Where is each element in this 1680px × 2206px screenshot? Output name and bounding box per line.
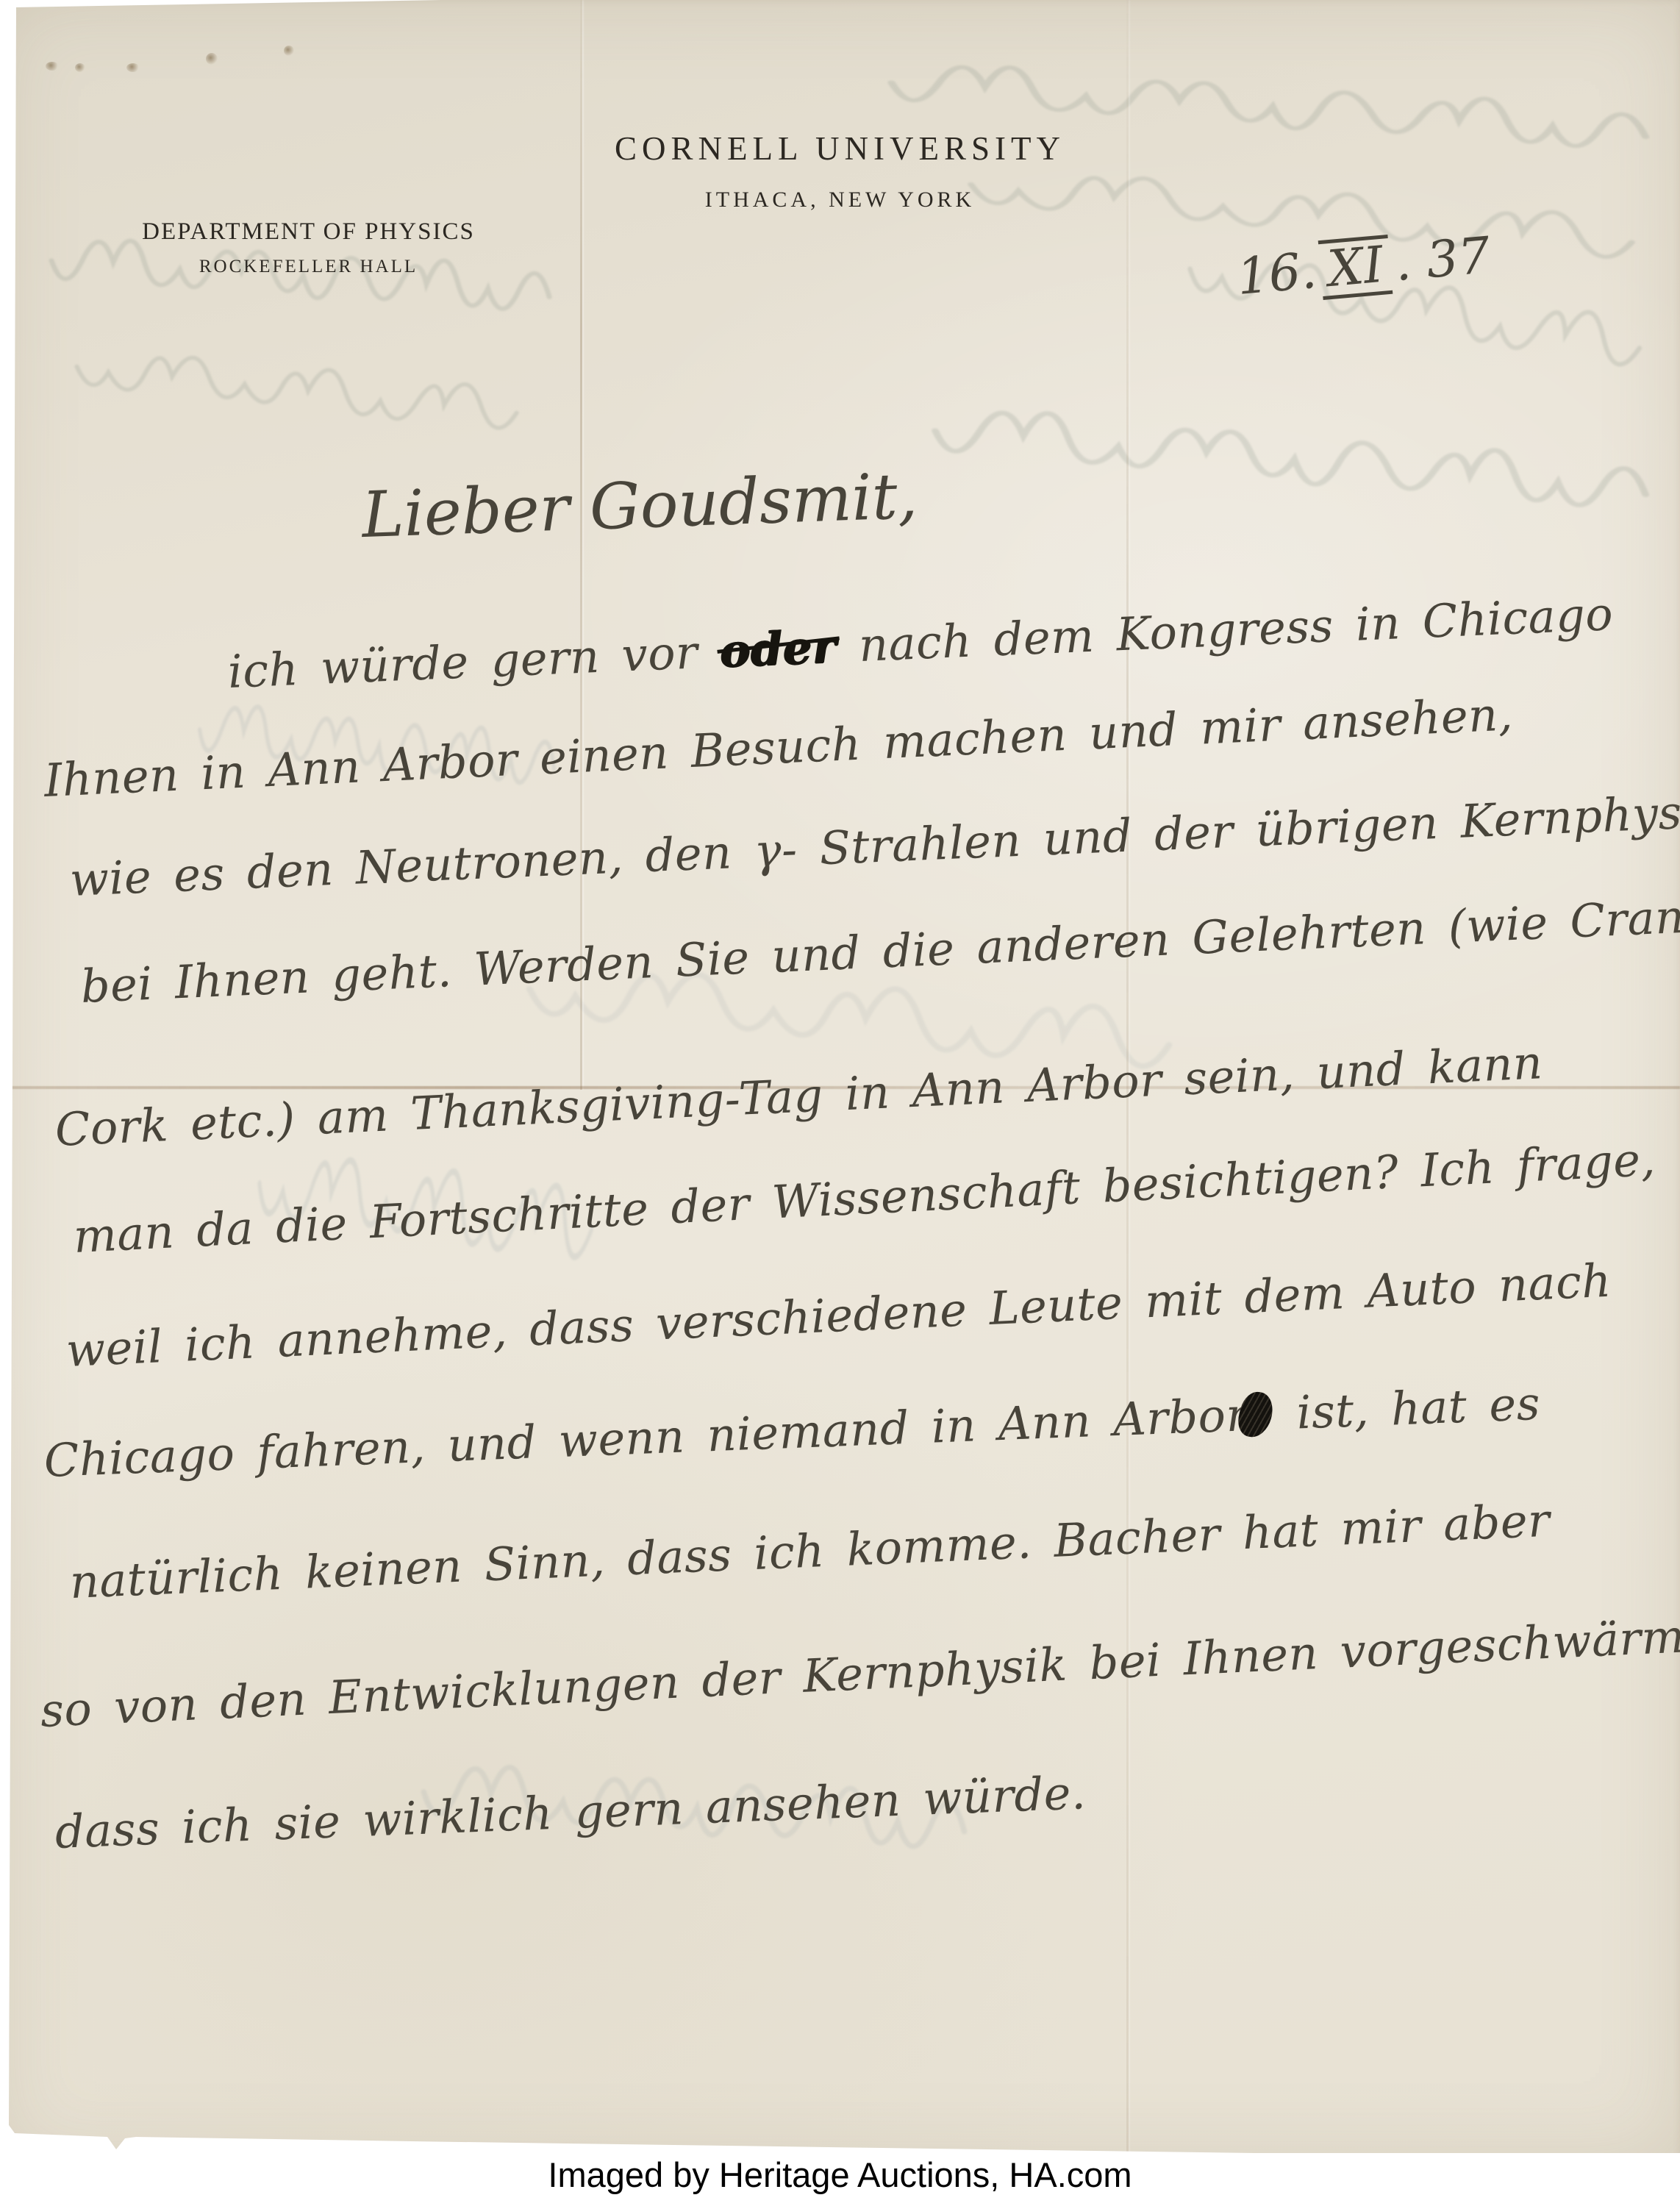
letterhead-department-block: DEPARTMENT OF PHYSICS ROCKEFELLER HALL: [141, 218, 476, 277]
paper-speck: [75, 63, 85, 72]
handwritten-line: Ihnen in Ann Arbor einen Besuch machen u…: [43, 689, 1514, 806]
handwritten-line: Cork etc.) am Thanksgiving-Tag in Ann Ar…: [54, 1038, 1543, 1155]
handwriting-text: ist, hat es: [1273, 1377, 1541, 1441]
handwritten-line: wie es den Neutronen, den γ- Strahlen un…: [69, 786, 1680, 905]
handwritten-line: dass ich sie wirklich gern ansehen würde…: [54, 1768, 1087, 1857]
handwriting-text: man da die Fortschritte der Wissenschaft…: [72, 1132, 1656, 1263]
paper-speck: [46, 62, 59, 71]
handwritten-line: Chicago fahren, und wenn niemand in Ann …: [43, 1379, 1541, 1486]
handwriting-text: so von den Entwicklungen der Kernphysik …: [39, 1607, 1680, 1738]
handwritten-line: bei Ihnen geht. Werden Sie und die ander…: [80, 890, 1680, 1012]
paper-speck: [284, 46, 294, 56]
handwritten-date: 16.XI. 37: [1234, 226, 1493, 307]
caption-text: Imaged by Heritage Auctions, HA.com: [0, 2155, 1680, 2195]
handwriting-text: bei Ihnen geht. Werden Sie und die ander…: [79, 888, 1680, 1013]
handwritten-line: natürlich keinen Sinn, dass ich komme. B…: [69, 1496, 1551, 1607]
building-name: ROCKEFELLER HALL: [141, 257, 476, 277]
letter-paper: CORNELL UNIVERSITY ITHACA, NEW YORK DEPA…: [0, 0, 1680, 2162]
handwriting-text: ich würde gern vor: [226, 624, 721, 699]
university-name: CORNELL UNIVERSITY: [0, 129, 1680, 168]
handwriting-text: nach dem Kongress in Chicago: [835, 587, 1614, 673]
paper-speck: [126, 63, 140, 72]
ghost-writing-impression: [915, 376, 1657, 551]
handwritten-line: ich würde gern vor oder nach dem Kongres…: [227, 589, 1615, 697]
handwriting-text: Cork etc.) am Thanksgiving-Tag in Ann Ar…: [54, 1035, 1543, 1157]
handwritten-line: so von den Entwicklungen der Kernphysik …: [39, 1610, 1680, 1736]
letterhead-university-block: CORNELL UNIVERSITY ITHACA, NEW YORK: [0, 129, 1680, 213]
handwritten-line: weil ich annehme, dass verschiedene Leut…: [65, 1256, 1612, 1377]
handwriting-text: Ihnen in Ann Arbor einen Besuch machen u…: [43, 687, 1514, 807]
paper-speck: [206, 53, 218, 65]
handwriting-text: natürlich keinen Sinn, dass ich komme. B…: [68, 1493, 1551, 1609]
letter-scan: CORNELL UNIVERSITY ITHACA, NEW YORK DEPA…: [0, 0, 1680, 2206]
handwritten-line: man da die Fortschritte der Wissenschaft…: [72, 1135, 1656, 1262]
university-location: ITHACA, NEW YORK: [0, 188, 1680, 213]
handwriting-text: Chicago fahren, und wenn niemand in Ann …: [43, 1388, 1249, 1488]
date-day: 16.: [1234, 242, 1319, 307]
overwritten-word: oder: [719, 619, 838, 678]
date-year: . 37: [1393, 226, 1493, 293]
department-name: DEPARTMENT OF PHYSICS: [141, 218, 476, 246]
ghost-writing-impression: [62, 322, 526, 465]
salutation: Lieber Goudsmit,: [360, 460, 918, 552]
date-month-roman: XI: [1318, 235, 1393, 300]
handwriting-text: dass ich sie wirklich gern ansehen würde…: [54, 1766, 1087, 1859]
handwriting-text: wie es den Neutronen, den γ- Strahlen un…: [68, 784, 1680, 907]
handwriting-text: weil ich annehme, dass verschiedene Leut…: [65, 1254, 1612, 1377]
